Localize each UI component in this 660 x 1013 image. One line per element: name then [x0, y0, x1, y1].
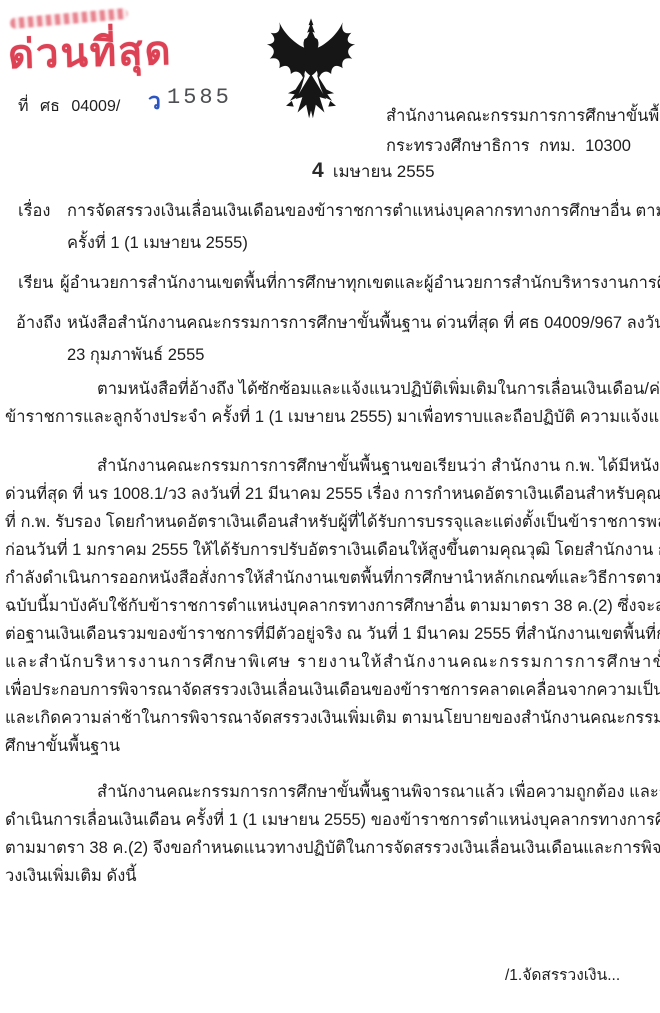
body-line: สำนักงานคณะกรรมการการศึกษาขั้นพื้นฐานขอเ…	[5, 452, 657, 480]
urgent-stamp: ด่วนที่สุด	[7, 18, 173, 86]
body-line: ที่ ก.พ. รับรอง โดยกำหนดอัตราเงินเดือนสำ…	[5, 508, 657, 536]
body-line: ก่อนวันที่ 1 มกราคม 2555 ให้ได้รับการปรั…	[5, 536, 657, 564]
reference-line-2: 23 กุมภาพันธ์ 2555	[67, 342, 204, 368]
body-line: สำนักงานคณะกรรมการการศึกษาขั้นพื้นฐานพิจ…	[5, 778, 657, 806]
date-day-stamped: 4	[312, 159, 324, 182]
subject-line-2: ครั้งที่ 1 (1 เมษายน 2555)	[67, 230, 248, 256]
body-line: กำลังดำเนินการออกหนังสือสั่งการให้สำนักง…	[5, 564, 657, 592]
body-line: ศึกษาขั้นพื้นฐาน	[5, 732, 657, 760]
paragraph-1: ตามหนังสือที่อ้างถึง ได้ซักซ้อมและแจ้งแน…	[5, 375, 657, 431]
body-line: วงเงินเพิ่มเติม ดังนี้	[5, 862, 657, 890]
paragraph-2: สำนักงานคณะกรรมการการศึกษาขั้นพื้นฐานขอเ…	[5, 452, 657, 760]
body-line: ต่อฐานเงินเดือนรวมของข้าราชการที่มีตัวอย…	[5, 620, 657, 648]
subject-line-1: การจัดสรรวงเงินเลื่อนเงินเดือนของข้าราชก…	[67, 198, 660, 224]
reference-label: อ้างถึง	[16, 310, 61, 336]
subject-label: เรื่อง	[18, 198, 50, 224]
letter-date: 4เมษายน 2555	[312, 158, 435, 185]
doc-number-stamped: 1585	[167, 85, 232, 110]
continuation-marker: /1.จัดสรรวงเงิน...	[505, 962, 620, 987]
body-line: และเกิดความล่าช้าในการพิจารณาจัดสรรวงเงิ…	[5, 704, 657, 732]
body-line: ตามมาตรา 38 ค.(2) จึงขอกำหนดแนวทางปฏิบัต…	[5, 834, 657, 862]
letter-page: ด่วนที่สุด ที่ ศธ 04009/ ว 1585	[0, 0, 660, 1013]
agency-ministry: กระทรวงศึกษาธิการ กทม. 10300	[386, 131, 660, 161]
body-line: ฉบับนี้มาบังคับใช้กับข้าราชการตำแหน่งบุค…	[5, 592, 657, 620]
doc-number-handwritten: ว	[148, 84, 161, 120]
body-line: และสำนักบริหารงานการศึกษาพิเศษ รายงานให้…	[5, 648, 657, 676]
to-label: เรียน	[18, 270, 53, 296]
body-line: เพื่อประกอบการพิจารณาจัดสรรวงเงินเลื่อนเ…	[5, 676, 657, 704]
to-text: ผู้อำนวยการสำนักงานเขตพื้นที่การศึกษาทุก…	[60, 270, 660, 296]
body-line: ข้าราชการและลูกจ้างประจำ ครั้งที่ 1 (1 เ…	[5, 403, 657, 431]
doc-number-prefix: ที่ ศธ 04009/	[18, 94, 120, 119]
garuda-emblem-icon	[263, 16, 359, 134]
reference-line-1: หนังสือสำนักงานคณะกรรมการการศึกษาขั้นพื้…	[67, 310, 660, 336]
body-line: ด่วนที่สุด ที่ นร 1008.1/ว3 ลงวันที่ 21 …	[5, 480, 657, 508]
body-line: ดำเนินการเลื่อนเงินเดือน ครั้งที่ 1 (1 เ…	[5, 806, 657, 834]
agency-name: สำนักงานคณะกรรมการการศึกษาขั้นพื้นฐาน	[386, 101, 660, 131]
date-month-year: เมษายน 2555	[333, 162, 435, 181]
agency-address: สำนักงานคณะกรรมการการศึกษาขั้นพื้นฐาน กร…	[386, 101, 660, 161]
body-line: ตามหนังสือที่อ้างถึง ได้ซักซ้อมและแจ้งแน…	[5, 375, 657, 403]
paragraph-3: สำนักงานคณะกรรมการการศึกษาขั้นพื้นฐานพิจ…	[5, 778, 657, 890]
